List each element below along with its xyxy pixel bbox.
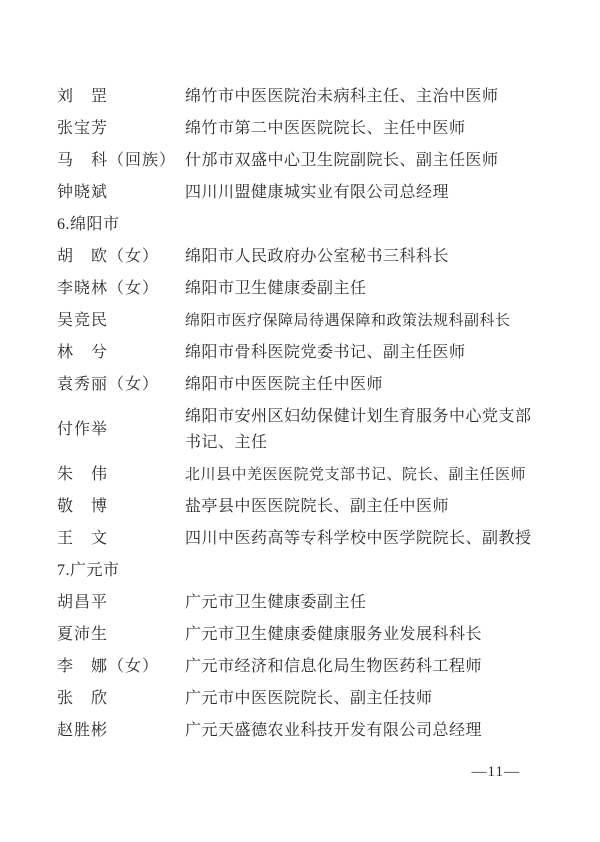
person-position: 盐亭县中医医院院长、副主任中医师 <box>185 494 543 520</box>
list-item: 夏沛生 广元市卫生健康委健康服务业发展科科长 <box>57 622 549 648</box>
list-item: 付作举 绵阳市安州区妇幼保健计划生育服务中心党支部书记、主任 <box>57 404 549 456</box>
list-item: 林 兮 绵阳市骨科医院党委书记、副主任医师 <box>57 340 549 366</box>
person-position: 广元市卫生健康委健康服务业发展科科长 <box>185 622 543 648</box>
person-position: 北川县中羌医医院党支部书记、院长、副主任医师 <box>185 462 543 488</box>
person-name: 李晓林（女） <box>57 276 185 302</box>
person-name: 胡 欧（女） <box>57 244 185 270</box>
person-name: 马 科（回族） <box>57 148 185 174</box>
list-item: 敬 博 盐亭县中医医院院长、副主任中医师 <box>57 494 549 520</box>
person-name: 赵胜彬 <box>57 718 185 744</box>
list-item: 朱 伟 北川县中羌医医院党支部书记、院长、副主任医师 <box>57 462 549 488</box>
person-name: 张宝芳 <box>57 116 185 142</box>
person-position: 广元市经济和信息化局生物医药科工程师 <box>185 654 543 680</box>
award-name-list: 刘 罡 绵竹市中医医院治未病科主任、主治中医师 张宝芳 绵竹市第二中医医院院长、… <box>57 84 549 750</box>
person-position: 四川中医药高等专科学校中医学院院长、副教授 <box>185 526 543 552</box>
person-position: 广元天盛德农业科技开发有限公司总经理 <box>185 718 543 744</box>
list-item: 张宝芳 绵竹市第二中医医院院长、主任中医师 <box>57 116 549 142</box>
person-position: 绵阳市人民政府办公室秘书三科科长 <box>185 244 543 270</box>
list-item: 张 欣 广元市中医医院院长、副主任技师 <box>57 686 549 712</box>
person-position: 绵阳市卫生健康委副主任 <box>185 276 543 302</box>
person-position: 什邡市双盛中心卫生院副院长、副主任医师 <box>185 148 543 174</box>
list-item: 刘 罡 绵竹市中医医院治未病科主任、主治中医师 <box>57 84 549 110</box>
person-position: 绵阳市骨科医院党委书记、副主任医师 <box>185 340 543 366</box>
person-name: 朱 伟 <box>57 462 185 488</box>
list-item: 王 文 四川中医药高等专科学校中医学院院长、副教授 <box>57 526 549 552</box>
person-position: 绵竹市第二中医医院院长、主任中医师 <box>185 116 543 142</box>
page-number: —11— <box>0 764 520 781</box>
person-name: 林 兮 <box>57 340 185 366</box>
person-name: 敬 博 <box>57 494 185 520</box>
person-position: 绵阳市中医医院主任中医师 <box>185 372 543 398</box>
person-name: 刘 罡 <box>57 84 185 110</box>
person-name: 夏沛生 <box>57 622 185 648</box>
person-name: 张 欣 <box>57 686 185 712</box>
person-name: 袁秀丽（女） <box>57 372 185 398</box>
list-item: 胡昌平 广元市卫生健康委副主任 <box>57 590 549 616</box>
section-header-guangyuan: 7.广元市 <box>57 558 549 584</box>
person-position: 绵阳市医疗保障局待遇保障和政策法规科副科长 <box>185 308 543 334</box>
person-position: 广元市中医医院院长、副主任技师 <box>185 686 543 712</box>
list-item: 钟晓斌 四川川盟健康城实业有限公司总经理 <box>57 180 549 206</box>
person-name: 李 娜（女） <box>57 654 185 680</box>
list-item: 胡 欧（女） 绵阳市人民政府办公室秘书三科科长 <box>57 244 549 270</box>
person-name: 付作举 <box>57 417 185 443</box>
list-item: 袁秀丽（女） 绵阳市中医医院主任中医师 <box>57 372 549 398</box>
list-item: 李 娜（女） 广元市经济和信息化局生物医药科工程师 <box>57 654 549 680</box>
person-position: 四川川盟健康城实业有限公司总经理 <box>185 180 543 206</box>
person-name: 胡昌平 <box>57 590 185 616</box>
section-header-mianyang: 6.绵阳市 <box>57 212 549 238</box>
document-page: 刘 罡 绵竹市中医医院治未病科主任、主治中医师 张宝芳 绵竹市第二中医医院院长、… <box>0 0 600 842</box>
list-item: 马 科（回族） 什邡市双盛中心卫生院副院长、副主任医师 <box>57 148 549 174</box>
list-item: 赵胜彬 广元天盛德农业科技开发有限公司总经理 <box>57 718 549 744</box>
person-name: 钟晓斌 <box>57 180 185 206</box>
person-name: 王 文 <box>57 526 185 552</box>
list-item: 吴竞民 绵阳市医疗保障局待遇保障和政策法规科副科长 <box>57 308 549 334</box>
person-position: 绵阳市安州区妇幼保健计划生育服务中心党支部书记、主任 <box>185 404 543 456</box>
person-position: 绵竹市中医医院治未病科主任、主治中医师 <box>185 84 543 110</box>
person-name: 吴竞民 <box>57 308 185 334</box>
person-position: 广元市卫生健康委副主任 <box>185 590 543 616</box>
list-item: 李晓林（女） 绵阳市卫生健康委副主任 <box>57 276 549 302</box>
